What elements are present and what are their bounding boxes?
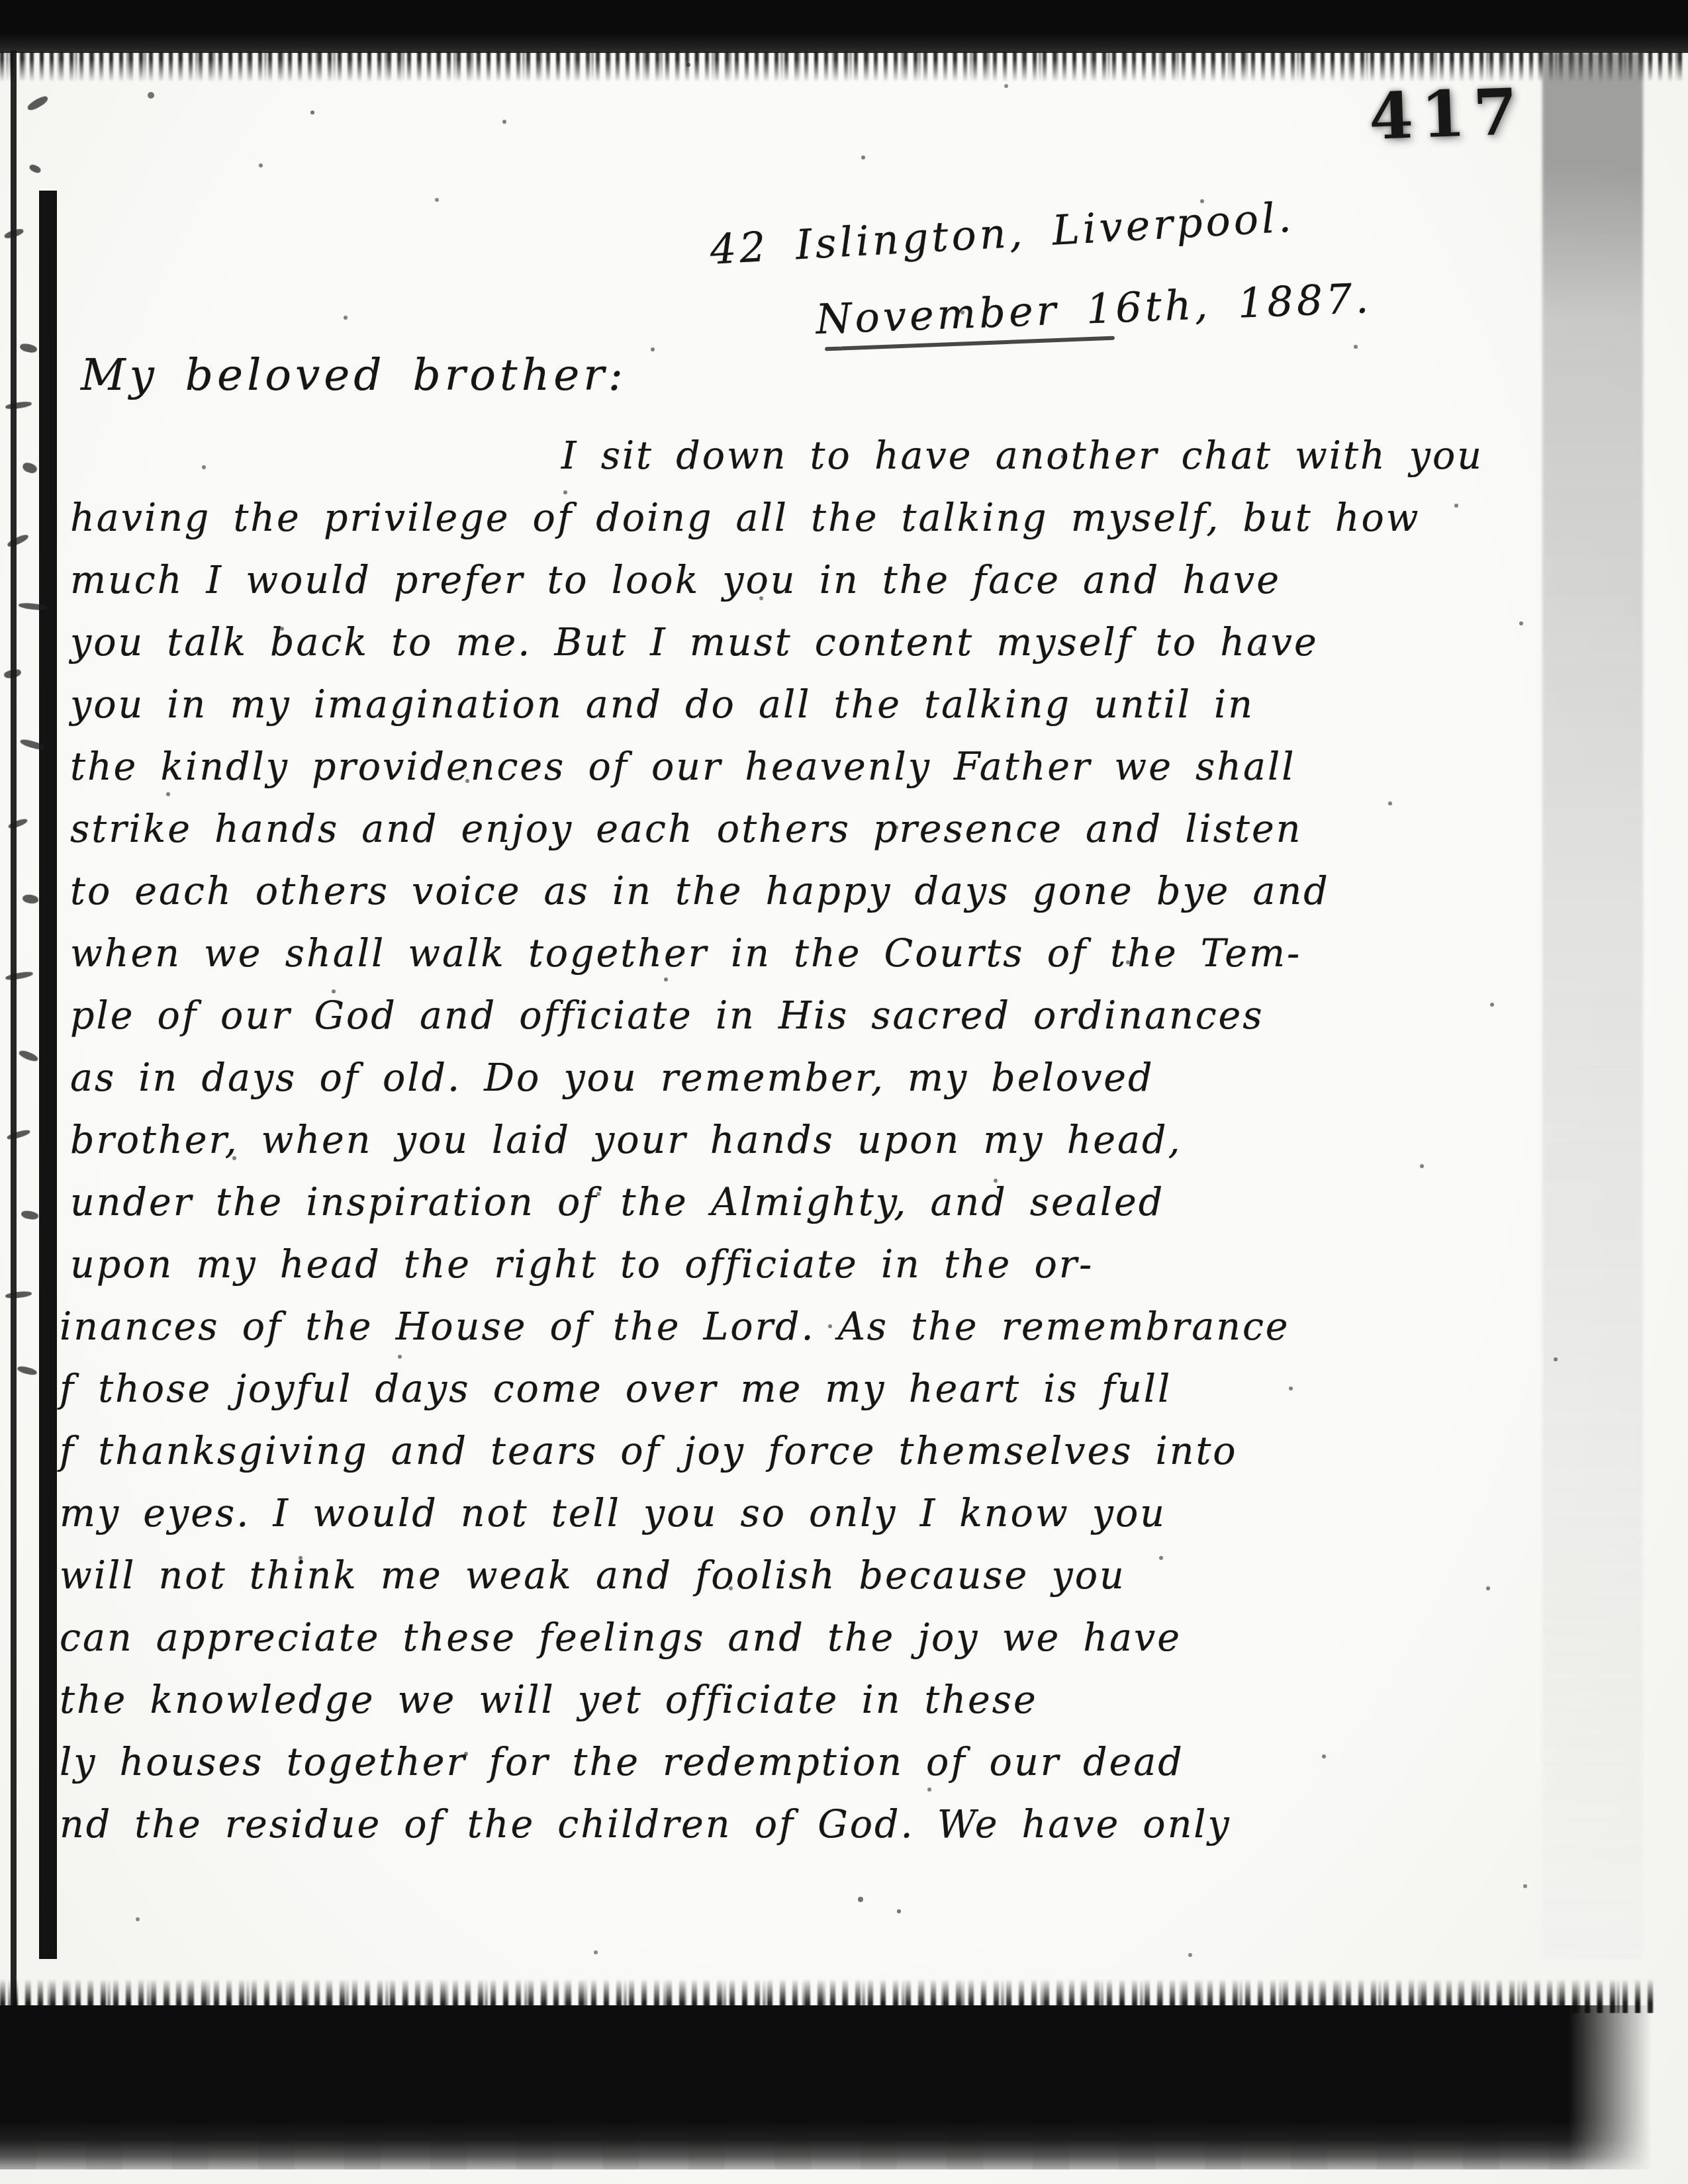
margin-artifact <box>19 342 38 353</box>
margin-artifact <box>21 1210 39 1220</box>
body-line: strike hands and enjoy each others prese… <box>70 798 1566 860</box>
margin-artifact <box>3 668 22 679</box>
letter-address: 42 Islington, Liverpool. <box>709 193 1296 273</box>
body-line: f thanksgiving and tears of joy force th… <box>60 1420 1566 1482</box>
body-line: my eyes. I would not tell you so only I … <box>60 1482 1566 1545</box>
margin-artifact <box>5 1291 32 1299</box>
left-edge-thin-line <box>11 50 17 2013</box>
scanned-letter-page: 417 42 Islington, Liverpool. November 16… <box>0 0 1688 2184</box>
scan-top-edge-artifact <box>0 0 1688 53</box>
body-line: brother, when you laid your hands upon m… <box>70 1109 1566 1171</box>
left-margin-rule <box>39 191 57 1959</box>
margin-artifact <box>6 533 29 548</box>
body-line: much I would prefer to look you in the f… <box>70 549 1566 612</box>
body-line: upon my head the right to officiate in t… <box>70 1234 1566 1296</box>
body-line: will not think me weak and foolish becau… <box>60 1545 1566 1607</box>
body-line: you in my imagination and do all the tal… <box>70 674 1566 736</box>
margin-artifact <box>21 461 38 475</box>
letter-date: November 16th, 1887. <box>815 274 1373 343</box>
body-line: when we shall walk together in the Court… <box>70 923 1566 985</box>
body-line: the kindly providences of our heavenly F… <box>70 736 1566 798</box>
body-line: I sit down to have another chat with you <box>70 425 1566 487</box>
margin-artifact <box>5 970 34 981</box>
body-line: as in days of old. Do you remember, my b… <box>70 1047 1566 1109</box>
letter-body: I sit down to have another chat with you… <box>70 425 1566 1856</box>
body-line: you talk back to me. But I must content … <box>70 612 1566 674</box>
body-line: under the inspiration of the Almighty, a… <box>70 1171 1566 1234</box>
letter-salutation: My beloved brother: <box>81 349 627 400</box>
margin-artifact <box>17 1365 38 1377</box>
scan-bottom-edge-artifact <box>0 2005 1652 2169</box>
margin-artifact <box>22 893 39 904</box>
body-line: inances of the House of the Lord. As the… <box>60 1296 1566 1358</box>
margin-artifact <box>18 1049 39 1063</box>
body-line: f those joyful days come over me my hear… <box>60 1358 1566 1420</box>
body-line: ple of our God and officiate in His sacr… <box>70 985 1566 1047</box>
body-line: the knowledge we will yet officiate in t… <box>60 1669 1566 1731</box>
body-line: having the privilege of doing all the ta… <box>70 487 1566 549</box>
scan-noise-speckles <box>0 0 3 3</box>
body-line: ly houses together for the redemption of… <box>60 1731 1566 1794</box>
margin-artifact <box>26 94 49 112</box>
margin-artifact <box>5 400 32 410</box>
body-line: to each others voice as in the happy day… <box>70 860 1566 923</box>
body-line: can appreciate these feelings and the jo… <box>60 1607 1566 1669</box>
page-number-stamp: 417 <box>1368 74 1526 154</box>
body-line: nd the residue of the children of God. W… <box>60 1794 1566 1856</box>
margin-artifact <box>28 163 42 175</box>
